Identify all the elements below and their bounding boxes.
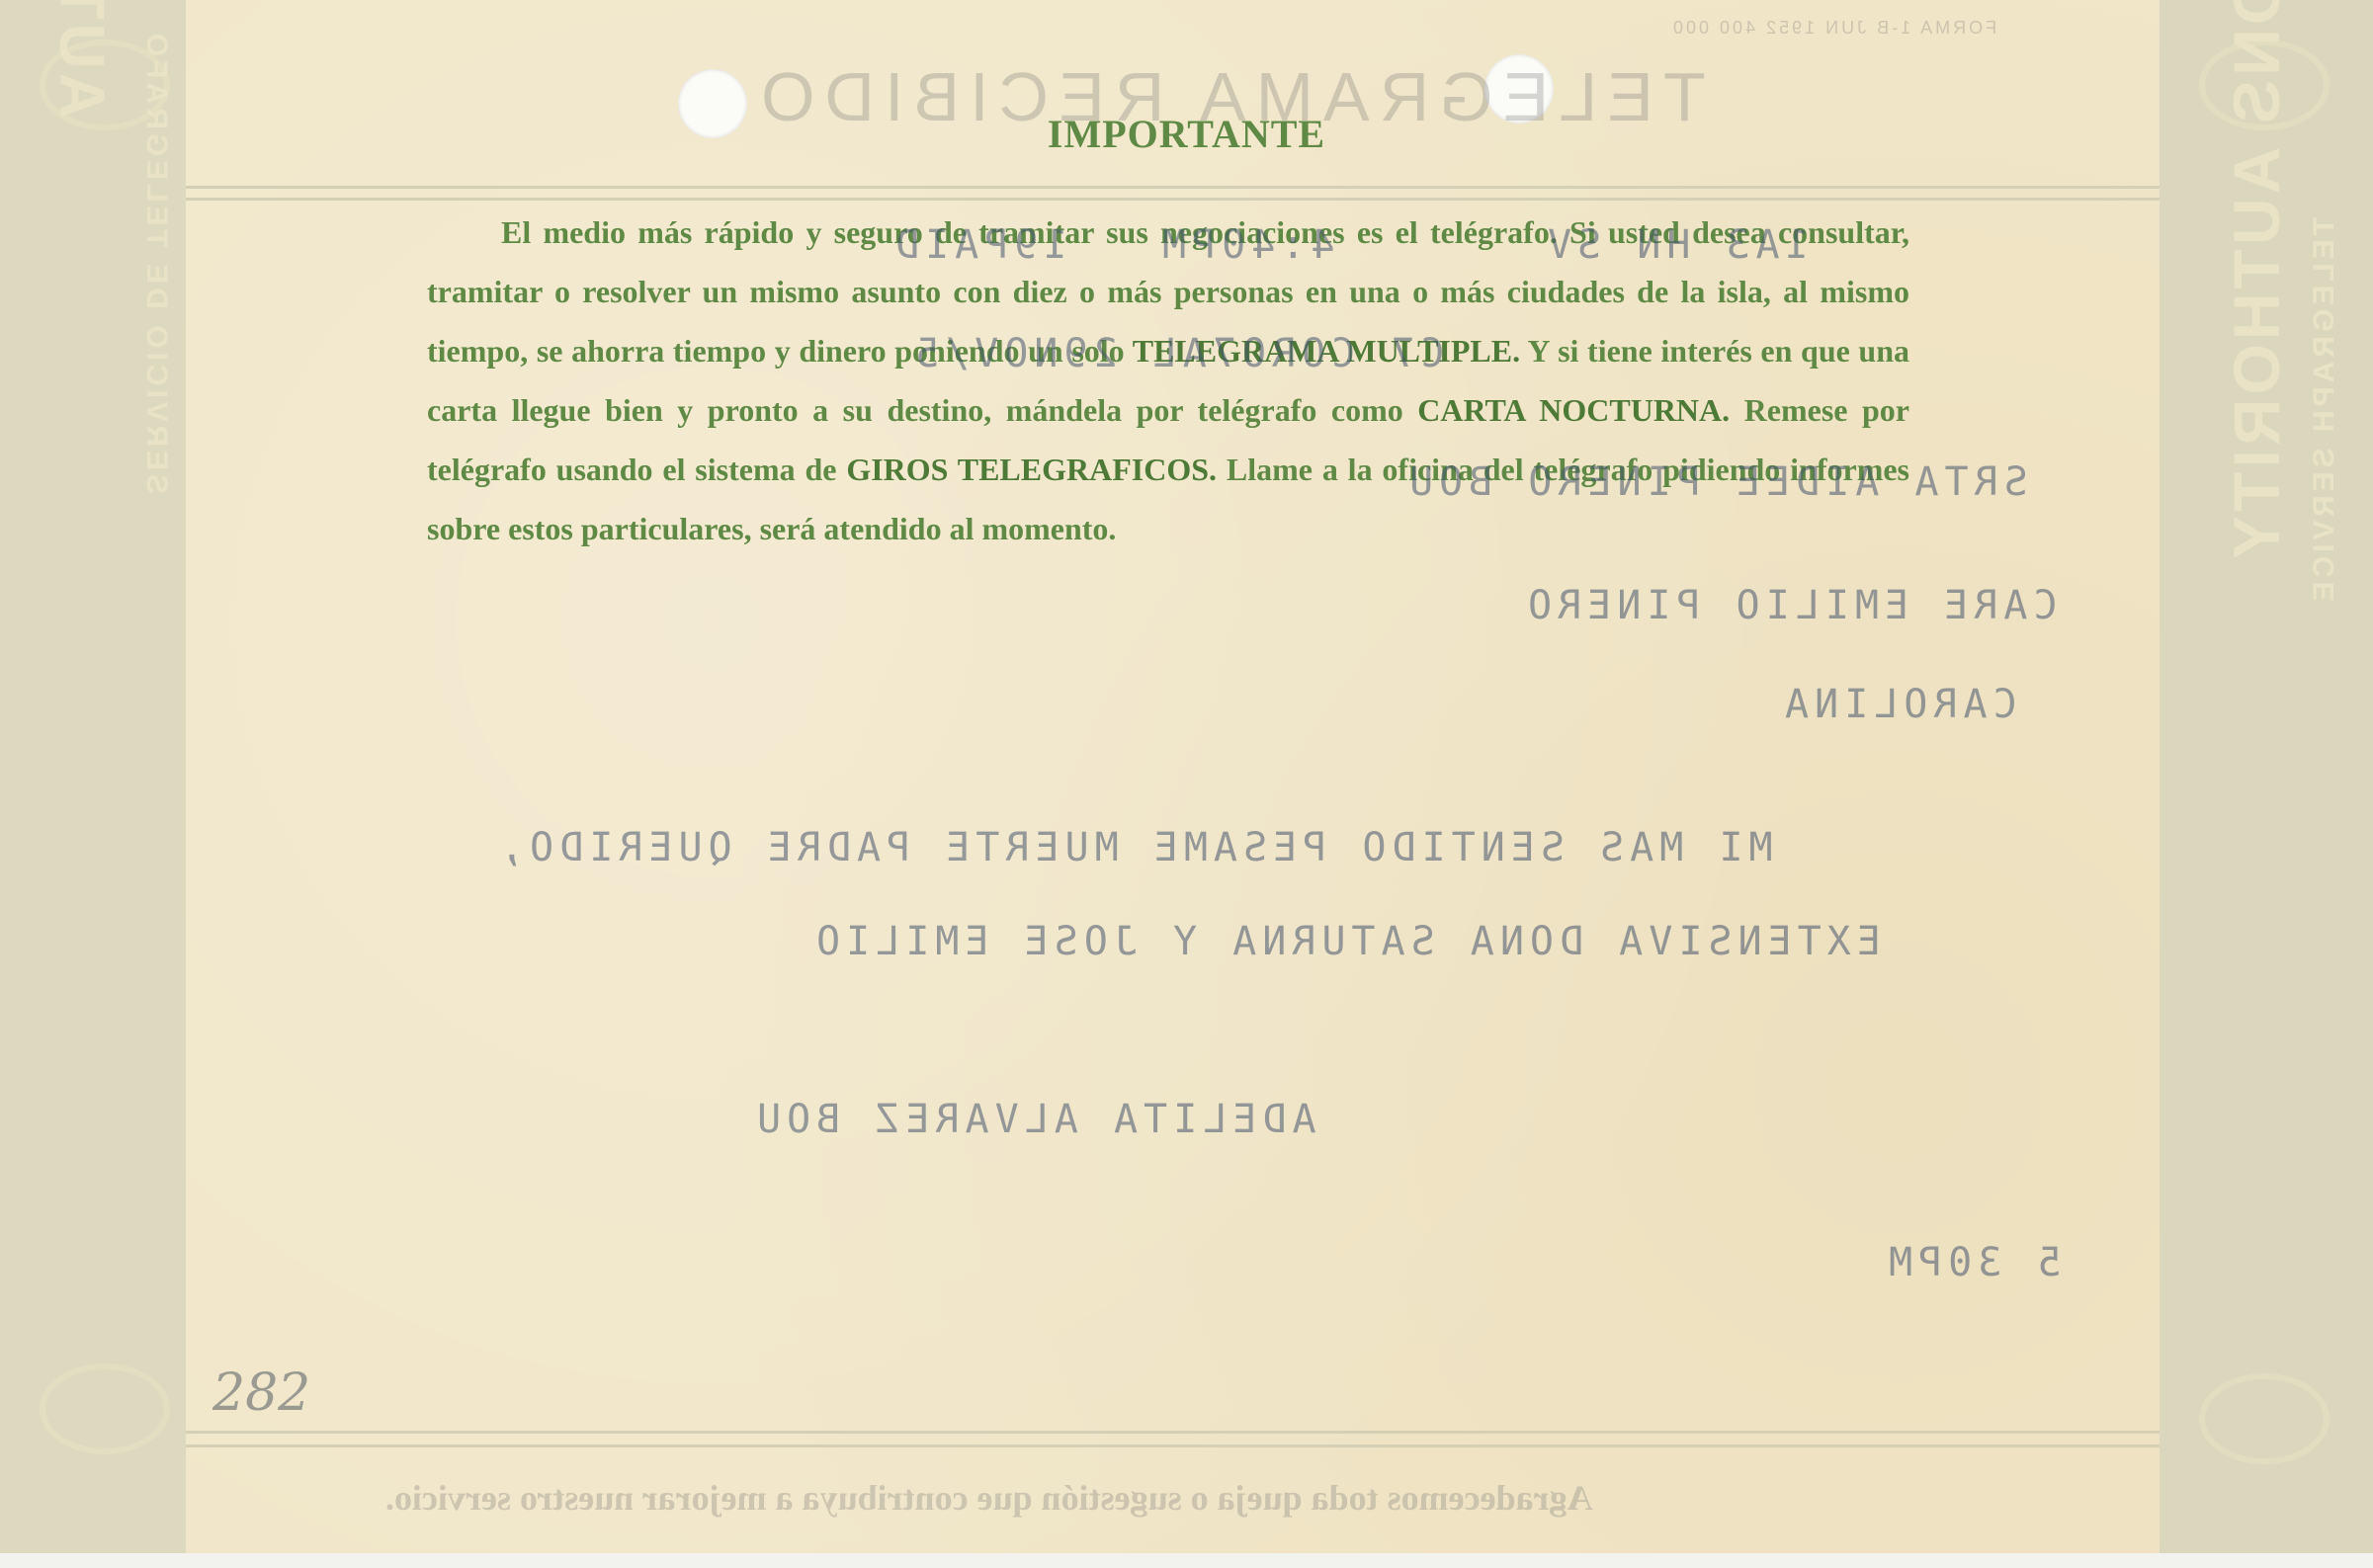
left-band-main-text: AUTORIDAD DE COMUNICACIONES DE P.R. <box>45 0 119 119</box>
header-rule-bottom <box>186 198 2160 201</box>
scan-bottom-edge <box>0 1553 2373 1568</box>
handwritten-page-number: 282 <box>212 1363 310 1423</box>
typed-sender: ADELITA ALVAREZ BOU <box>751 1097 1316 1142</box>
left-band-sub-text: SERVICIO DE TELEGRAFO <box>139 30 173 494</box>
right-margin-band: P.R. COMMUNICATIONS AUTHORITY TELEGRAPH … <box>2160 0 2373 1553</box>
footer-rule-bottom <box>186 1444 2160 1447</box>
right-band-sub-text: TELEGRAPH SERVICE <box>2308 217 2341 606</box>
typed-header-code: 1A3 HN SV <box>1542 222 1810 268</box>
form-number-show-through: FORMA 1-B JUN 1952 400 000 <box>1670 18 1996 39</box>
notice-heading: IMPORTANTE <box>0 111 2373 157</box>
giros-telegraficos-term: GIROS TELEGRAFICOS. <box>846 452 1217 487</box>
typed-header-paid: 19PAID <box>890 222 1068 268</box>
seal-emblem-bottom-icon <box>40 1363 170 1454</box>
typed-care-of: CARE EMILIO PINERO <box>1522 583 2057 628</box>
footer-show-through: Agradecemos toda queja o sugestión que c… <box>385 1477 1593 1519</box>
typed-city: CAROLINA <box>1779 682 2017 727</box>
carta-nocturna-term: CARTA NOCTURNA. <box>1417 392 1730 428</box>
telegram-sheet: AUTORIDAD DE COMUNICACIONES DE P.R. SERV… <box>0 0 2373 1553</box>
header-rule-top <box>186 186 2160 189</box>
typed-message-line-1: MI MAS SENTIDO PESAME MUERTE PADRE QUERI… <box>494 825 1773 870</box>
left-margin-band: AUTORIDAD DE COMUNICACIONES DE P.R. SERV… <box>0 0 186 1553</box>
typed-header-time: 4:40PM <box>1156 222 1335 268</box>
typed-received-time: 5 30PM <box>1883 1240 2062 1285</box>
typed-origin-date: C7 CORO7AL 29NOV/5 <box>909 331 1444 376</box>
footer-rule-top <box>186 1431 2160 1434</box>
typed-recipient: SRTA AIDEE PINERO BOU <box>1403 459 2028 505</box>
right-band-main-text: P.R. COMMUNICATIONS AUTHORITY <box>2219 0 2294 563</box>
seal-emblem-bottom-icon <box>2199 1373 2330 1464</box>
typed-message-line-2: EXTENSIVA DONA SATURNA Y JOSE EMILIO <box>810 919 1881 964</box>
